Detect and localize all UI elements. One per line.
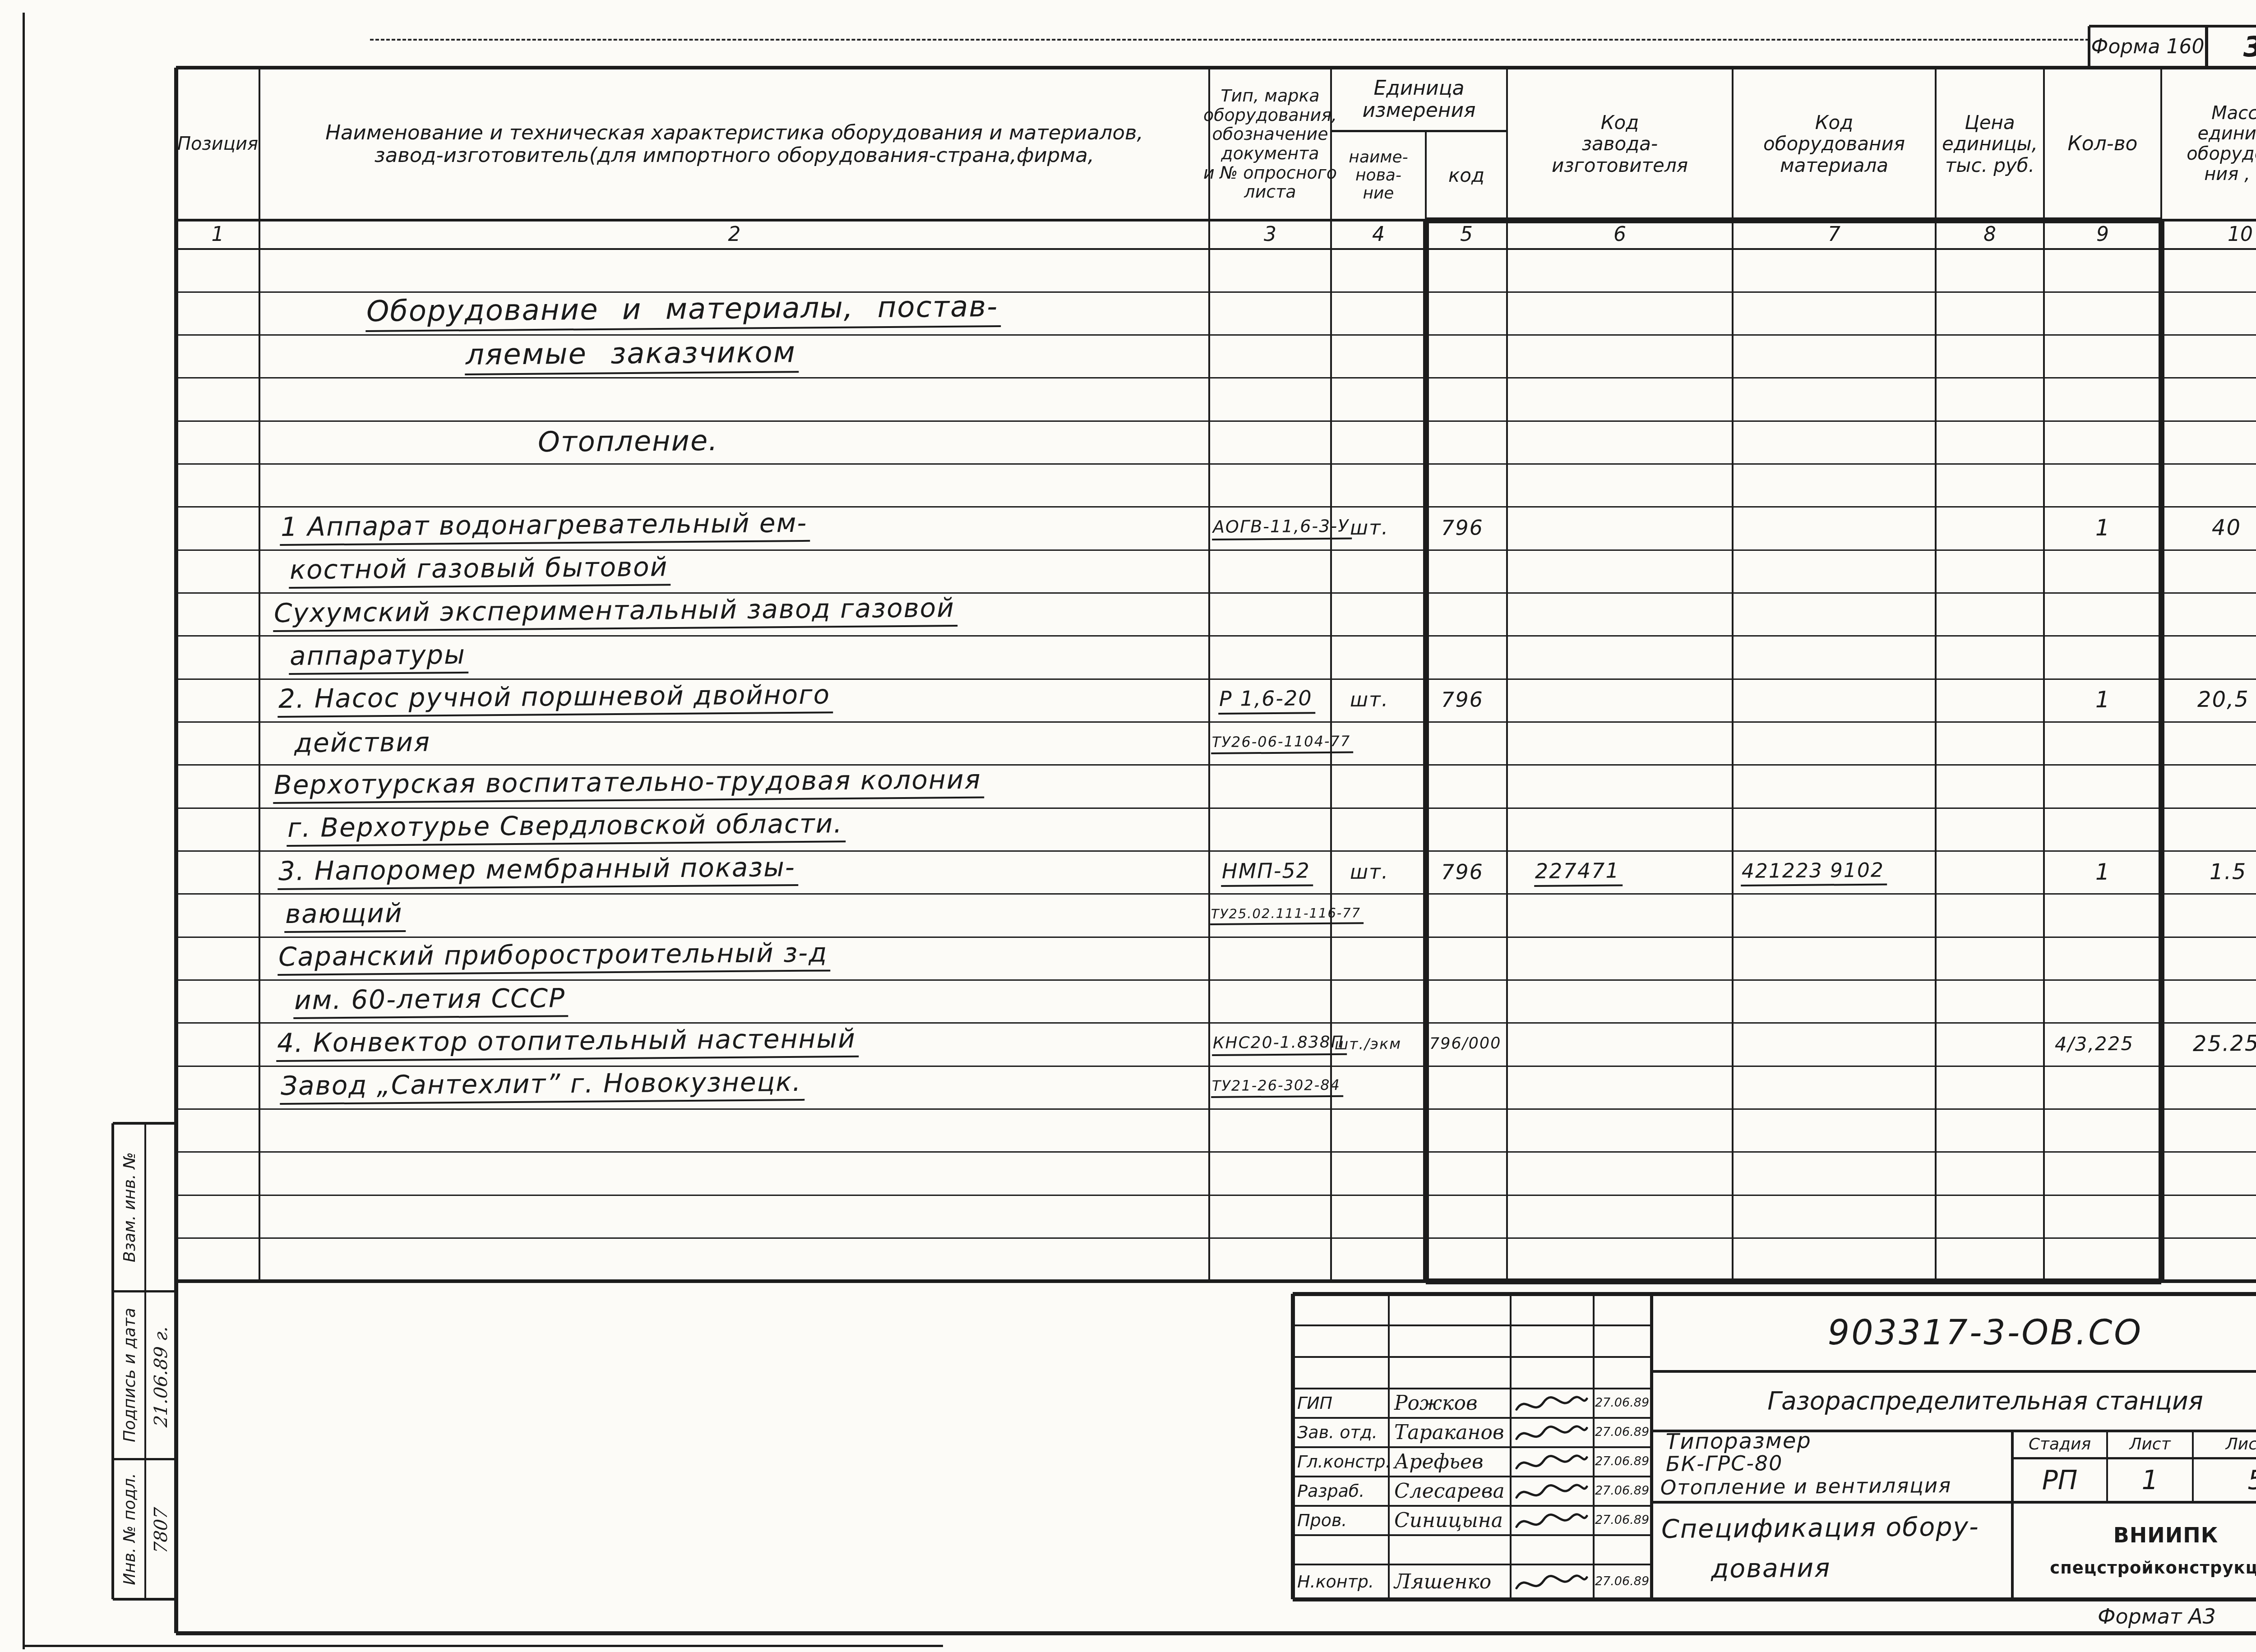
entry-type-r15: ТУ25.02.111-116-77 xyxy=(1210,893,1364,937)
entry-name-r9: аппаратуры xyxy=(289,635,469,679)
entry-mass-r18: 25.25 xyxy=(2192,1023,2256,1066)
stage-label: Стадия xyxy=(2012,1431,2107,1458)
entry-un-r18: шт./экм xyxy=(1334,1023,1405,1066)
vline-16 xyxy=(1510,1294,1512,1599)
entry-type-r11: ТУ26-06-1104-77 xyxy=(1211,721,1354,765)
doc-title-line2: дования xyxy=(1710,1551,1834,1588)
entry-qty-r6: 1 xyxy=(2094,507,2114,550)
signature-icon xyxy=(1514,1568,1590,1597)
entry-uc-r14: 796 xyxy=(1440,851,1487,895)
sidebar-label-1: Подпись и дата xyxy=(115,1291,144,1459)
vline-19 xyxy=(2106,1431,2108,1502)
sig-name-6: Ляшенко xyxy=(1394,1564,1507,1599)
signature-icon xyxy=(1514,1480,1590,1503)
vline-13 xyxy=(1291,1294,1295,1599)
sig-name-4: Синицына xyxy=(1394,1506,1507,1535)
signature-icon xyxy=(1514,1451,1590,1474)
vline-8 xyxy=(1935,68,1937,1281)
unit-group-header: Единица измерения xyxy=(1331,68,1507,131)
entry-name-r8: Сухумский экспериментальный завод газово… xyxy=(273,588,958,637)
vline-21 xyxy=(111,1123,114,1599)
vline-6 xyxy=(1506,68,1508,1281)
col-header-10: Масса единицы оборудова- ния , кг xyxy=(2164,71,2256,217)
entry-uc-r10: 796 xyxy=(1440,678,1487,722)
sidebar-label-0: Взам. инв. № xyxy=(115,1123,144,1291)
org-line2: спецстройконструкция xyxy=(2050,1559,2256,1577)
sidebar-value-1: 21.06.89 г. xyxy=(147,1291,175,1462)
col-header-7: Код оборудования материала xyxy=(1735,71,1933,217)
col-number-6: 6 xyxy=(1507,220,1733,249)
entry-type-r6: АОГВ-11,6-3-У xyxy=(1212,506,1352,550)
col-header-4: наиме- нова- ние xyxy=(1334,134,1423,217)
sheets-label: Листов xyxy=(2193,1431,2256,1458)
hline-10 xyxy=(1651,1430,2256,1432)
hline-27 xyxy=(2089,25,2256,28)
sig-role-1: Зав. отд. xyxy=(1297,1418,1385,1447)
sig-name-3: Слесарева xyxy=(1394,1477,1507,1506)
vline-14 xyxy=(1650,1294,1653,1599)
project-title: Газораспределительная станция xyxy=(1651,1371,2256,1431)
stage-value: РП xyxy=(2012,1458,2107,1502)
org-line1: ВНИИПК xyxy=(2050,1524,2256,1547)
entry-name-r7: костной газовый бытовой xyxy=(289,547,671,594)
vline-11 xyxy=(2159,220,2164,1281)
hline-11 xyxy=(2012,1457,2256,1459)
hline-14 xyxy=(1293,1324,1651,1326)
specification-sheet: Форма 160 34 903317-3-ОВ.СО Газораспреде… xyxy=(0,0,2256,1652)
hline-33 xyxy=(176,463,2256,465)
entry-name-r14: 3. Напоромер мембранный показы- xyxy=(277,847,799,895)
hline-7 xyxy=(1426,1278,2161,1284)
sig-role-2: Гл.констр. xyxy=(1297,1447,1385,1477)
hline-28 xyxy=(25,1645,943,1647)
col-header-6: Код завода- изготовителя xyxy=(1510,71,1730,217)
entry-un-r6: шт. xyxy=(1349,507,1392,550)
entry-name-r16: Саранский приборостроительный з-д xyxy=(277,933,831,981)
top-dashed-line xyxy=(370,39,2089,41)
entry-name-r1: Оборудование и материалы, постав- xyxy=(365,287,1001,335)
vline-7 xyxy=(1732,68,1734,1281)
vline-5 xyxy=(1425,131,1427,220)
col-header-9: Кол-во xyxy=(2047,71,2159,217)
sheet-label: Лист xyxy=(2107,1431,2193,1458)
signature-icon xyxy=(1514,1392,1590,1415)
sig-date-2: 27.06.89 xyxy=(1595,1447,1650,1477)
sig-role-3: Разраб. xyxy=(1297,1477,1385,1506)
sig-role-4: Пров. xyxy=(1297,1506,1385,1535)
format-label: Формат А3 xyxy=(2076,1602,2238,1631)
sidebar-value-2: 7807 xyxy=(147,1459,175,1602)
form-label: Форма 160 xyxy=(2089,26,2206,68)
entry-name-r4: Отопление. xyxy=(537,420,721,464)
col-header-5: код xyxy=(1428,134,1504,217)
col-number-5: 5 xyxy=(1426,220,1507,249)
vline-22 xyxy=(144,1123,146,1599)
vline-24 xyxy=(2205,26,2208,68)
col-number-10: 10 xyxy=(2161,220,2256,249)
sig-date-3: 27.06.89 xyxy=(1595,1477,1650,1506)
entry-un-r10: шт. xyxy=(1349,679,1392,723)
col-number-1: 1 xyxy=(176,220,259,249)
sidebar-label-2: Инв. № подл. xyxy=(115,1459,144,1599)
sig-date-6: 27.06.89 xyxy=(1595,1564,1650,1599)
entry-qty-r10: 1 xyxy=(2094,679,2114,722)
vline-25 xyxy=(23,13,25,1649)
entry-fc-r14: 227471 xyxy=(1534,850,1623,895)
entry-mass-r6: 40 xyxy=(2211,507,2244,550)
sig-role-0: ГИП xyxy=(1297,1389,1385,1418)
col-header-8: Цена единицы, тыс. руб. xyxy=(1938,71,2041,217)
hline-37 xyxy=(176,635,2256,637)
col-number-8: 8 xyxy=(1936,220,2044,249)
col-number-4: 4 xyxy=(1331,220,1426,249)
sig-role-6: Н.контр. xyxy=(1297,1564,1385,1599)
entry-uc-r18: 796/000 xyxy=(1428,1023,1504,1066)
hline-5 xyxy=(176,1631,2256,1635)
col-number-9: 9 xyxy=(2044,220,2161,249)
hline-9 xyxy=(1651,1370,2256,1373)
doc-number: 903317-3-ОВ.СО xyxy=(1651,1294,2256,1371)
hline-15 xyxy=(1293,1356,1651,1358)
hline-0 xyxy=(176,66,2256,69)
col-number-7: 7 xyxy=(1733,220,1936,249)
vline-9 xyxy=(2043,68,2045,1281)
hline-12 xyxy=(1651,1501,2256,1504)
entry-un-r14: шт. xyxy=(1349,851,1392,895)
section-title: Отопление и вентиляция xyxy=(1660,1472,1955,1502)
vline-18 xyxy=(2011,1431,2014,1599)
hline-51 xyxy=(176,1237,2256,1239)
entry-name-r6: 1 Аппарат водонагревательный ем- xyxy=(280,503,810,550)
col-header-2: Наименование и техническая характеристик… xyxy=(262,71,1207,217)
sig-date-0: 27.06.89 xyxy=(1595,1389,1650,1418)
hline-50 xyxy=(176,1195,2256,1196)
col-number-3: 3 xyxy=(1209,220,1331,249)
vline-23 xyxy=(2088,26,2090,68)
vline-3 xyxy=(1208,68,1210,1281)
sheet-value: 1 xyxy=(2107,1458,2193,1502)
signature-icon xyxy=(1514,1509,1590,1532)
entry-name-r19: Завод „Сантехлит” г. Новокузнецк. xyxy=(280,1062,804,1109)
entry-qty-r18: 4/3,225 xyxy=(2054,1023,2137,1066)
entry-qty-r14: 1 xyxy=(2094,851,2114,894)
sheets-value: 5 xyxy=(2193,1458,2256,1502)
doc-title-line1: Спецификация обору- xyxy=(1660,1509,1982,1548)
entry-name-r12: Верхотурская воспитательно-трудовая коло… xyxy=(273,760,984,808)
entry-name-r17: им. 60-летия СССР xyxy=(293,978,569,1024)
entry-type-r10: Р 1,6-20 xyxy=(1218,678,1315,723)
hline-32 xyxy=(176,420,2256,422)
vline-15 xyxy=(1388,1294,1390,1599)
entry-mass-r14: 1.5 xyxy=(2209,851,2250,895)
hline-49 xyxy=(176,1151,2256,1153)
entry-type-r14: НМП-52 xyxy=(1221,850,1313,895)
col-number-2: 2 xyxy=(259,220,1209,249)
sig-date-4: 27.06.89 xyxy=(1595,1506,1650,1535)
entry-ec-r14: 421223 9102 xyxy=(1741,850,1887,895)
sig-date-1: 27.06.89 xyxy=(1595,1418,1650,1447)
entry-mass-r10: 20,5 xyxy=(2196,678,2252,722)
entry-name-r2: ляемые заказчиком xyxy=(465,332,799,378)
signature-icon xyxy=(1514,1421,1590,1444)
vline-20 xyxy=(2192,1431,2194,1502)
hline-8 xyxy=(1293,1292,2256,1296)
sheet-number: 34 xyxy=(2206,26,2256,68)
entry-name-r11: действия xyxy=(293,721,434,765)
sig-name-1: Тараканов xyxy=(1394,1418,1507,1447)
org-name: ВНИИПК спецстройконструкция xyxy=(2012,1502,2256,1599)
entry-type-r18: КНС20-1.838П xyxy=(1212,1022,1347,1066)
col-header-3: Тип, марка оборудования, обозначение док… xyxy=(1212,71,1328,217)
vline-2 xyxy=(259,68,260,1281)
entry-name-r13: г. Верхотурье Свердловской области. xyxy=(287,804,846,852)
sig-name-2: Арефьев xyxy=(1394,1447,1507,1477)
entry-name-r18: 4. Конвектор отопительный настенный xyxy=(276,1019,859,1066)
sig-name-0: Рожков xyxy=(1394,1389,1507,1418)
col-header-1: Позиция xyxy=(179,71,257,217)
entry-type-r19: ТУ21-26-302-84 xyxy=(1211,1065,1344,1109)
vline-10 xyxy=(1423,220,1429,1281)
vline-12 xyxy=(2160,68,2162,220)
entry-uc-r6: 796 xyxy=(1440,507,1487,550)
entry-name-r10: 2. Насос ручной поршневой двойного xyxy=(277,675,833,723)
entry-name-r15: вающий xyxy=(284,893,406,937)
